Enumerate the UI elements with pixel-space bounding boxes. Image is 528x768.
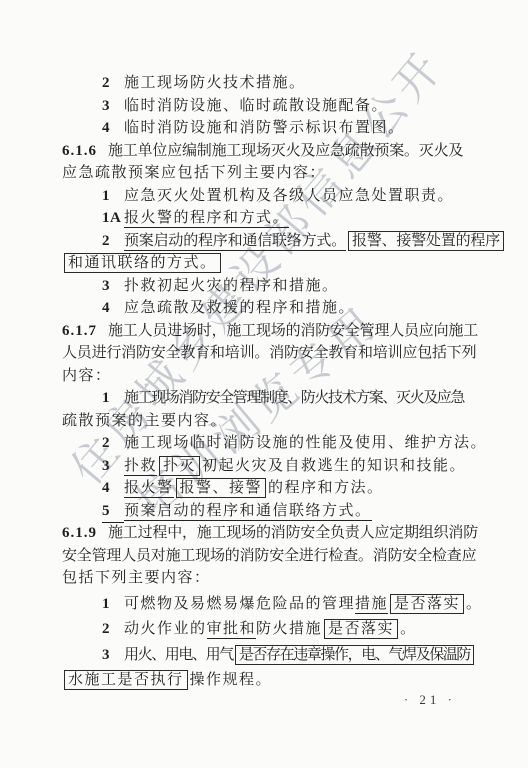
item-number: 5 — [102, 500, 124, 524]
inserted-text: 审批和 — [207, 621, 257, 639]
doc-line: 2动火作业的审批和防火措施是否落实。 — [62, 618, 492, 641]
doc-line: 1A报火警的程序和方式。 — [62, 207, 492, 230]
doc-line: 1可燃物及易燃易爆危险品的管理措施是否落实。 — [62, 593, 492, 616]
clause-number: 6.1.7 — [62, 323, 97, 339]
inserted-text: 报火警的程序和方式。 — [124, 210, 289, 228]
body-text: 操作规程。 — [190, 672, 273, 688]
body-text: 人员进行消防安全教育和培训。消防安全教育和培训应包括下列 — [62, 345, 476, 361]
inserted-text: 报火警 — [124, 480, 174, 498]
body-text: 疏散预案的主要内容。 — [62, 413, 227, 429]
deleted-text: 报警、接警 — [176, 478, 267, 498]
item-number: 2 — [102, 72, 124, 95]
deleted-text: 是否存在违章操作，电、气焊及保温防 — [235, 645, 474, 665]
body-text: 施工现场防火技术措施。 — [124, 75, 306, 91]
item-number: 2 — [102, 618, 124, 641]
body-text: 安全管理人员对施工现场的消防安全进行检查。消防安全检查应 — [62, 548, 476, 564]
doc-line: 疏散预案的主要内容。 — [62, 410, 492, 433]
deleted-text: 是否落实 — [324, 619, 398, 639]
item-number: 4 — [102, 117, 124, 140]
body-text: 初起火灾及自救逃生的知识和技能。 — [202, 458, 466, 474]
inserted-text: 扑救 — [124, 458, 157, 476]
doc-line: 3扑救扑灭初起火灾及自救逃生的知识和技能。 — [62, 455, 492, 478]
body-text: 施工现场消防安全管理制度、防火技术方案、灭火及应急 — [124, 390, 464, 406]
body-text: 内容： — [62, 368, 112, 384]
body-text: 扑救初起火灾的程序和措施。 — [124, 278, 339, 294]
doc-line: 4应急疏散及救援的程序和措施。 — [62, 297, 492, 320]
doc-line: 4临时消防设施和消防警示标识布置图。 — [62, 117, 492, 140]
body-text: 的程序和方法。 — [268, 480, 384, 496]
body-text: 施工单位应编制施工现场灭火及应急疏散预案。灭火及 — [108, 143, 463, 159]
body-text: 可燃物及易燃易爆危险品的管理 — [124, 596, 355, 612]
doc-line: 包括下列主要内容： — [62, 567, 492, 590]
item-number: 2 — [102, 230, 124, 253]
inserted-text: 措施 — [355, 596, 388, 614]
body-text: 应急疏散预案应包括下列主要内容： — [62, 165, 326, 181]
item-number: 3 — [102, 644, 124, 667]
item-number: 3 — [102, 95, 124, 118]
body-text: 应急疏散及救援的程序和措施。 — [124, 300, 355, 316]
body-text: 包括下列主要内容： — [62, 570, 211, 586]
body-text: 临时消防设施和消防警示标识布置图。 — [124, 120, 405, 136]
item-number: 1 — [102, 387, 124, 410]
body-text: 应急灭火处置机构及各级人员应急处置职责。 — [124, 188, 454, 204]
document-page: 住房城乡建设部信息公开 培训浏览专用 2施工现场防火技术措施。 3临时消防设施、… — [0, 0, 528, 768]
doc-line: 和通讯联络的方式。 — [62, 252, 492, 275]
doc-line: 3用火、用电、用气是否存在违章操作，电、气焊及保温防 — [62, 644, 492, 667]
page-number: · 21 · — [404, 692, 456, 708]
item-number: 1 — [102, 185, 124, 208]
doc-line: 安全管理人员对施工现场的消防安全进行检查。消防安全检查应 — [62, 545, 492, 568]
body-text: 动火作业的 — [124, 621, 207, 637]
deleted-text: 和通讯联络的方式。 — [64, 253, 221, 273]
body-text: 施工过程中，施工现场的消防安全负责人应定期组织消防 — [108, 525, 478, 541]
item-number: 3 — [102, 275, 124, 298]
item-number: 3 — [102, 455, 124, 478]
item-number: 4 — [102, 477, 124, 500]
doc-line: 2预案启动的程序和通信联络方式。报警、接警处置的程序 — [62, 230, 492, 253]
item-number: 1A — [102, 207, 124, 230]
deleted-text: 报警、接警处置的程序 — [348, 231, 504, 251]
doc-line: 1应急灭火处置机构及各级人员应急处置职责。 — [62, 185, 492, 208]
doc-line: 3临时消防设施、临时疏散设施配备。 — [62, 95, 492, 118]
doc-line: 2施工现场临时消防设施的性能及使用、维护方法。 — [62, 432, 492, 455]
doc-line: 4报火警报警、接警的程序和方法。 — [62, 477, 492, 500]
item-number: 1 — [102, 593, 124, 616]
clause-number: 6.1.9 — [62, 525, 97, 541]
doc-line: 2施工现场防火技术措施。 — [62, 72, 492, 95]
clause-6-1-7: 6.1.7施工人员进场时，施工现场的消防安全管理人员应向施工 — [62, 320, 492, 343]
clause-6-1-6: 6.1.6施工单位应编制施工现场灭火及应急疏散预案。灭火及 — [62, 140, 492, 163]
doc-line: 内容： — [62, 365, 492, 388]
doc-line: 应急疏散预案应包括下列主要内容： — [62, 162, 492, 185]
deleted-text: 是否落实 — [390, 594, 464, 614]
clause-number: 6.1.6 — [62, 143, 97, 159]
inserted-text: 预案启动的程序和通信联络方式。 — [124, 233, 346, 251]
clause-6-1-9: 6.1.9施工过程中，施工现场的消防安全负责人应定期组织消防 — [62, 522, 492, 545]
doc-line: 人员进行消防安全教育和培训。消防安全教育和培训应包括下列 — [62, 342, 492, 365]
body-text: 用火、用电、用气 — [124, 647, 233, 663]
deleted-text: 水施工是否执行 — [64, 670, 188, 690]
inserted-text: 预案启动的程序和通信联络方式。 — [124, 503, 372, 521]
body-text: 施工现场临时消防设施的性能及使用、维护方法。 — [124, 435, 487, 451]
body-text: 施工人员进场时，施工现场的消防安全管理人员应向施工 — [108, 323, 478, 339]
doc-line: 1施工现场消防安全管理制度、防火技术方案、灭火及应急 — [62, 387, 492, 410]
doc-line: 5预案启动的程序和通信联络方式。 — [62, 500, 492, 523]
doc-line: 水施工是否执行操作规程。 — [62, 669, 492, 692]
item-number: 2 — [102, 432, 124, 455]
body-text: 临时消防设施、临时疏散设施配备。 — [124, 98, 388, 114]
document-body: 2施工现场防火技术措施。 3临时消防设施、临时疏散设施配备。 4临时消防设施和消… — [62, 72, 492, 692]
body-text: 。 — [466, 596, 483, 612]
deleted-text: 扑灭 — [159, 456, 200, 476]
doc-line: 3扑救初起火灾的程序和措施。 — [62, 275, 492, 298]
body-text: 防火措施 — [256, 621, 322, 637]
body-text: 。 — [400, 621, 417, 637]
item-number: 4 — [102, 297, 124, 320]
